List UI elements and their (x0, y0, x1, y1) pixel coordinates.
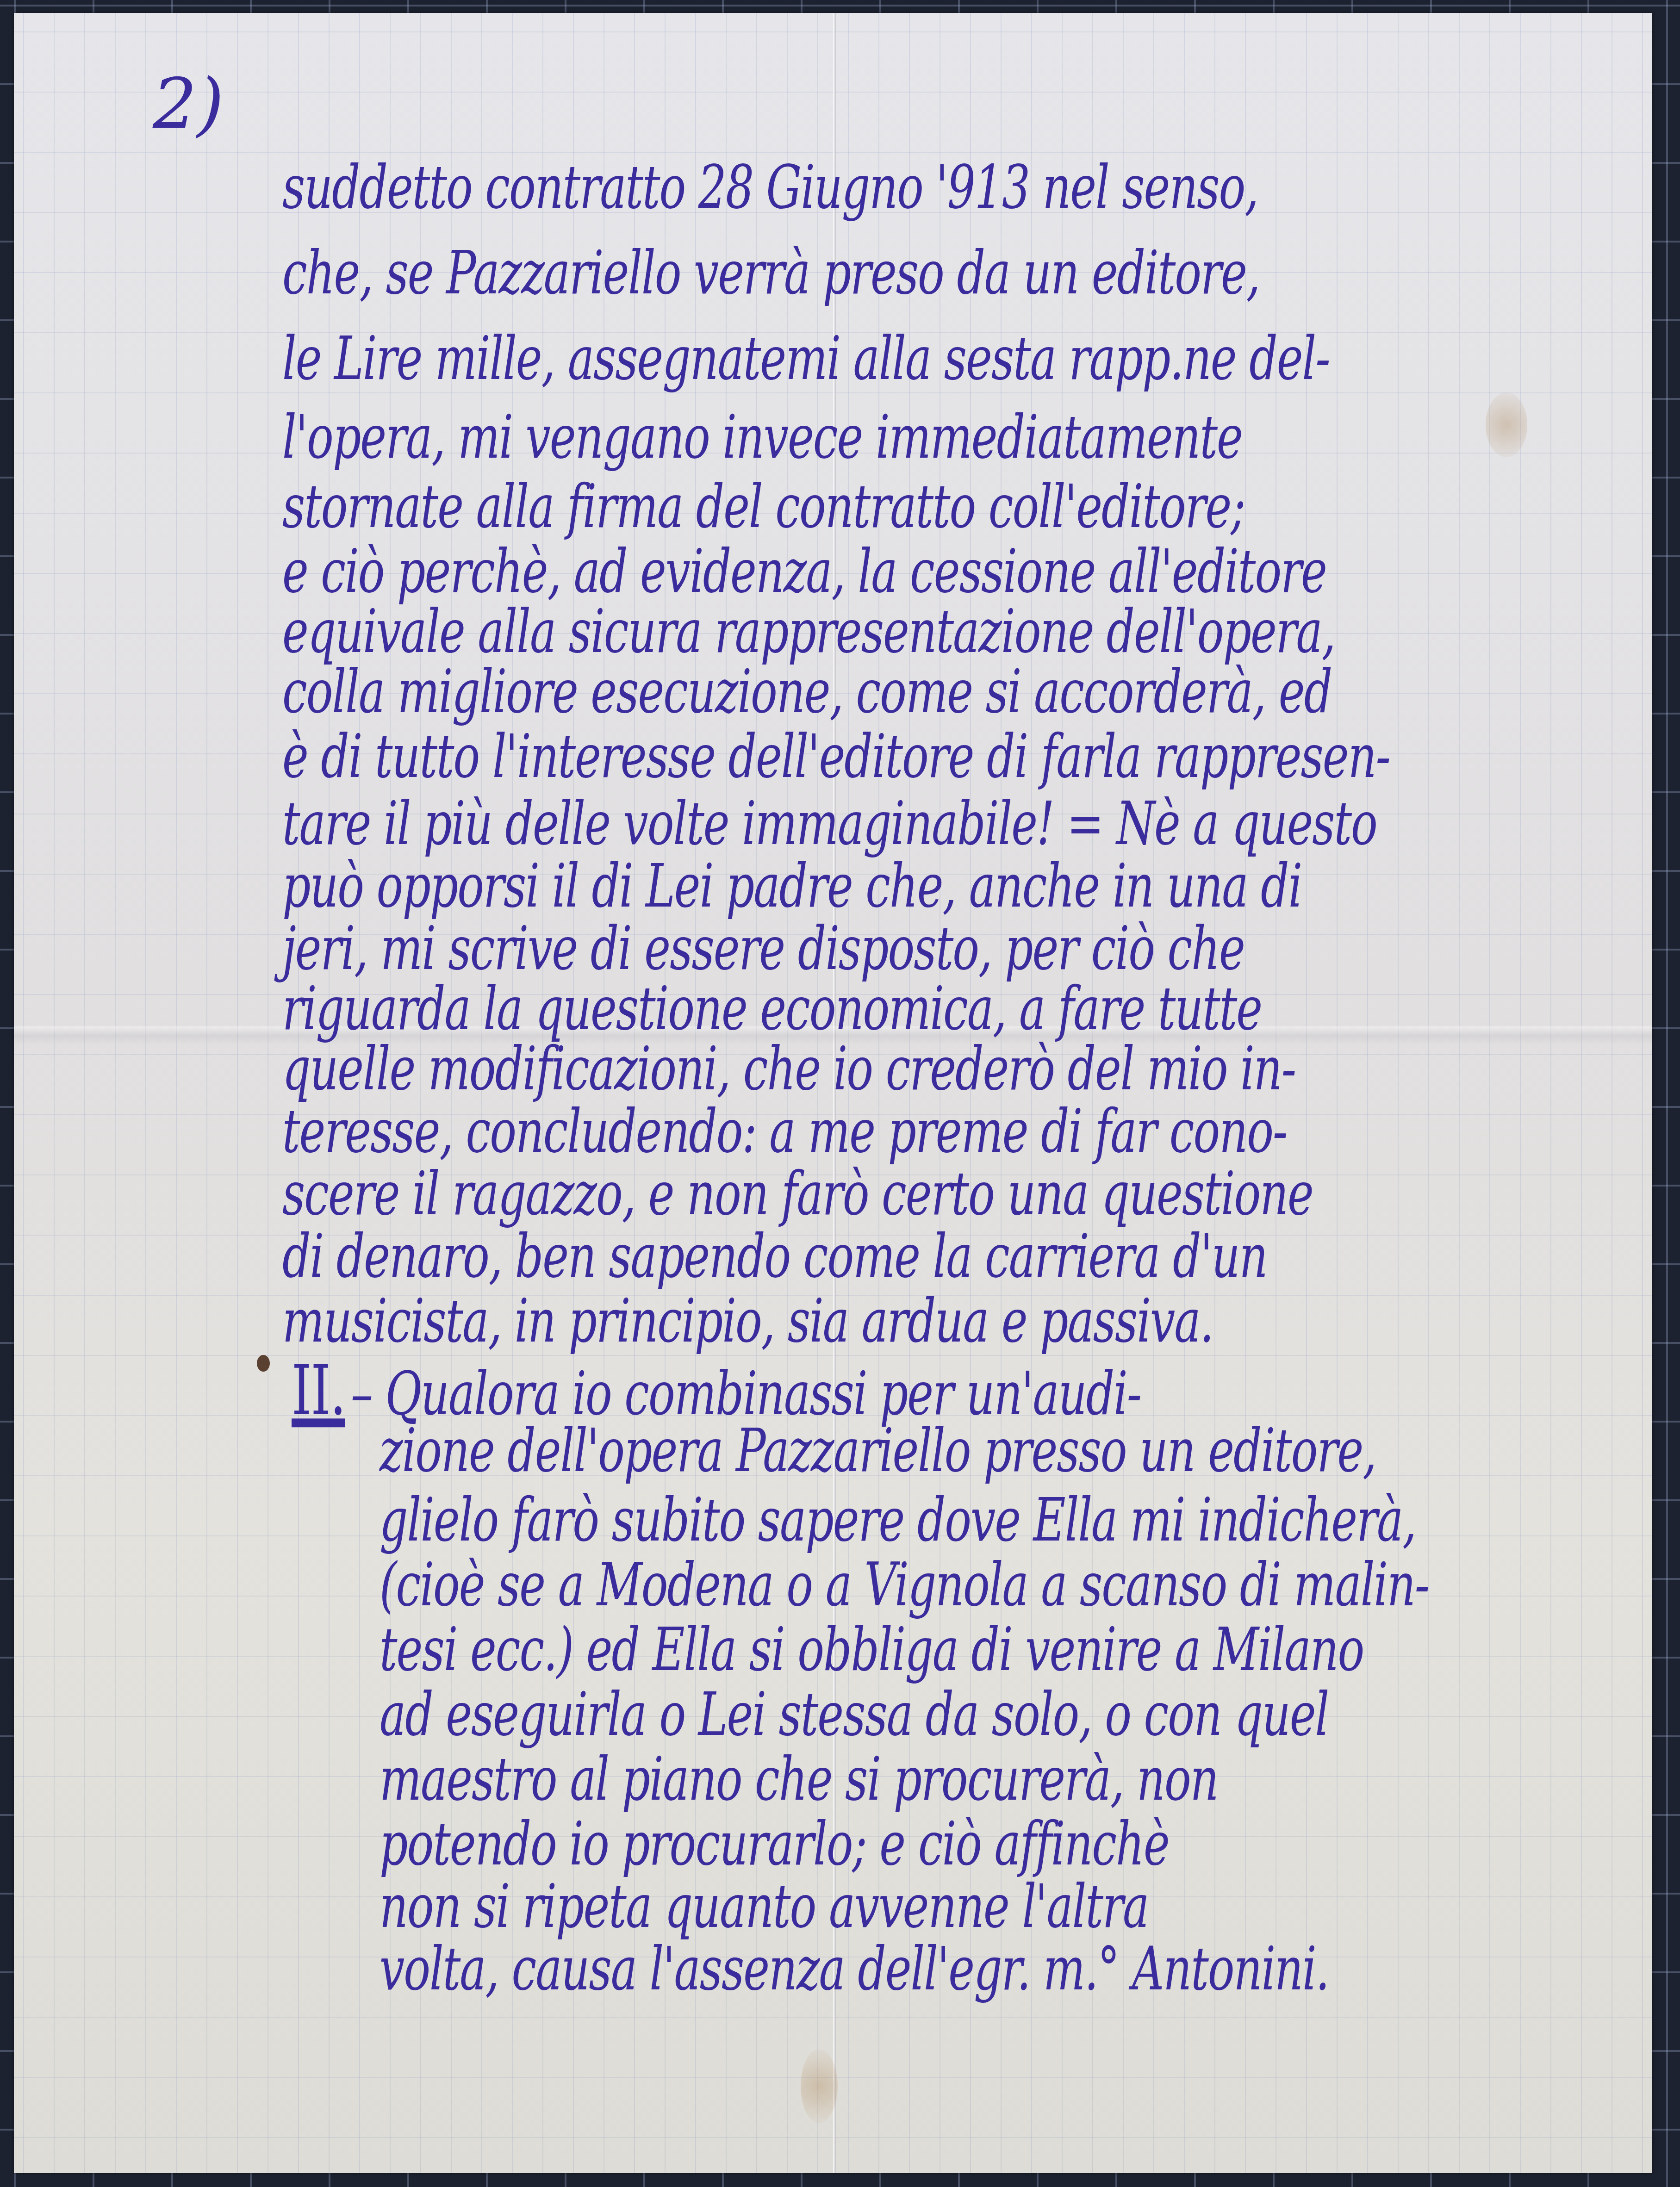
text-line: le Lire mille, assegnatemi alla sesta ra… (282, 323, 1330, 393)
text-line: colla migliore esecuzione, come si accor… (282, 657, 1332, 727)
letter-page: 2) suddetto contratto 28 Giugno '913 nel… (14, 13, 1652, 2173)
text-line: teresse, concludendo: a me preme di far … (282, 1096, 1287, 1166)
text-line: ad eseguirla o Lei stessa da solo, o con… (380, 1679, 1328, 1749)
text-line: glielo farò subito sapere dove Ella mi i… (380, 1485, 1416, 1555)
text-line: zione dell'opera Pazzariello presso un e… (380, 1416, 1376, 1485)
text-line: suddetto contratto 28 Giugno '913 nel se… (282, 152, 1258, 222)
text-line: di denaro, ben sapendo come la carriera … (282, 1221, 1267, 1291)
text-line: quelle modificazioni, che io crederò del… (282, 1034, 1295, 1104)
text-line: tesi ecc.) ed Ella si obbliga di venire … (380, 1615, 1363, 1684)
text-line: maestro al piano che si procurerà, non (380, 1744, 1218, 1814)
text-line: l'opera, mi vengano invece immediatament… (282, 402, 1242, 472)
text-line: non si ripeta quanto avvenne l'altra (380, 1871, 1148, 1941)
text-line: riguarda la questione economica, a fare … (282, 974, 1262, 1044)
text-line: è di tutto l'interesse dell'editore di f… (282, 721, 1390, 791)
text-line: tare il più delle volte immaginabile! = … (282, 789, 1377, 858)
text-line: musicista, in principio, sia ardua e pas… (282, 1286, 1213, 1356)
text-line: e ciò perchè, ad evidenza, la cessione a… (282, 536, 1326, 606)
text-line: scere il ragazzo, e non farò certo una q… (282, 1159, 1313, 1229)
section-number: II. (292, 1350, 345, 1430)
text-line: equivale alla sicura rappresentazione de… (282, 596, 1335, 666)
paper-stain (1486, 392, 1527, 457)
text-line: che, se Pazzariello verrà preso da un ed… (282, 238, 1259, 308)
text-line: volta, causa l'assenza dell'egr. m.° Ant… (380, 1934, 1329, 2004)
text-line: jeri, mi scrive di essere disposto, per … (282, 913, 1244, 983)
text-line: potendo io procurarlo; e ciò affinchè (380, 1809, 1169, 1879)
text-line: può opporsi il di Lei padre che, anche i… (282, 851, 1301, 921)
page-number: 2) (153, 64, 224, 144)
ink-blot (257, 1355, 270, 1372)
text-line: stornate alla firma del contratto coll'e… (282, 472, 1245, 541)
text-line: (cioè se a Modena o a Vignola a scanso d… (380, 1550, 1429, 1620)
paper-stain (801, 2049, 838, 2123)
